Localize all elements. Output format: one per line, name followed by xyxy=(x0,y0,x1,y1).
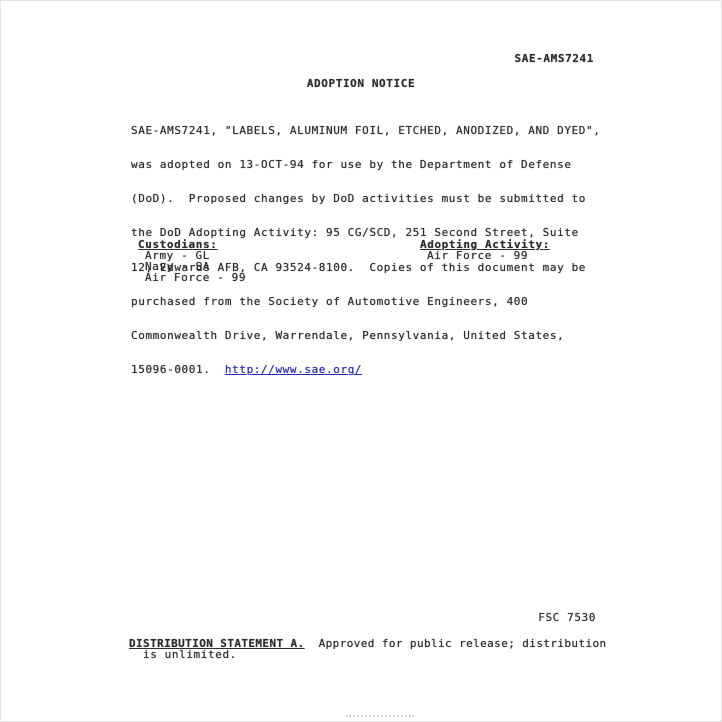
document-number: SAE-AMS7241 xyxy=(515,53,594,64)
footer-watermark xyxy=(346,715,414,720)
paragraph-line: purchased from the Society of Automotive… xyxy=(131,296,609,307)
custodian-item-air-force: Air Force - 99 xyxy=(145,272,246,283)
paragraph-line-with-link: 15096-0001. http://www.sae.org/ xyxy=(131,364,609,375)
distribution-statement-line2: is unlimited. xyxy=(143,649,237,660)
paragraph-line: SAE-AMS7241, "LABELS, ALUMINUM FOIL, ETC… xyxy=(131,125,609,136)
fsc-code: FSC 7530 xyxy=(538,612,596,623)
distribution-statement-rest: Approved for public release; distributio… xyxy=(305,637,607,650)
paragraph-line: Commonwealth Drive, Warrendale, Pennsylv… xyxy=(131,330,609,341)
paragraph-line: (DoD). Proposed changes by DoD activitie… xyxy=(131,193,609,204)
page-title: ADOPTION NOTICE xyxy=(1,78,721,89)
adopting-activity-item: Air Force - 99 xyxy=(427,250,528,261)
sae-website-link[interactable]: http://www.sae.org/ xyxy=(225,363,362,376)
paragraph-line: was adopted on 13-OCT-94 for use by the … xyxy=(131,159,609,170)
adoption-notice-page: SAE-AMS7241 ADOPTION NOTICE SAE-AMS7241,… xyxy=(0,0,722,722)
zip-code-text: 15096-0001. xyxy=(131,363,225,376)
